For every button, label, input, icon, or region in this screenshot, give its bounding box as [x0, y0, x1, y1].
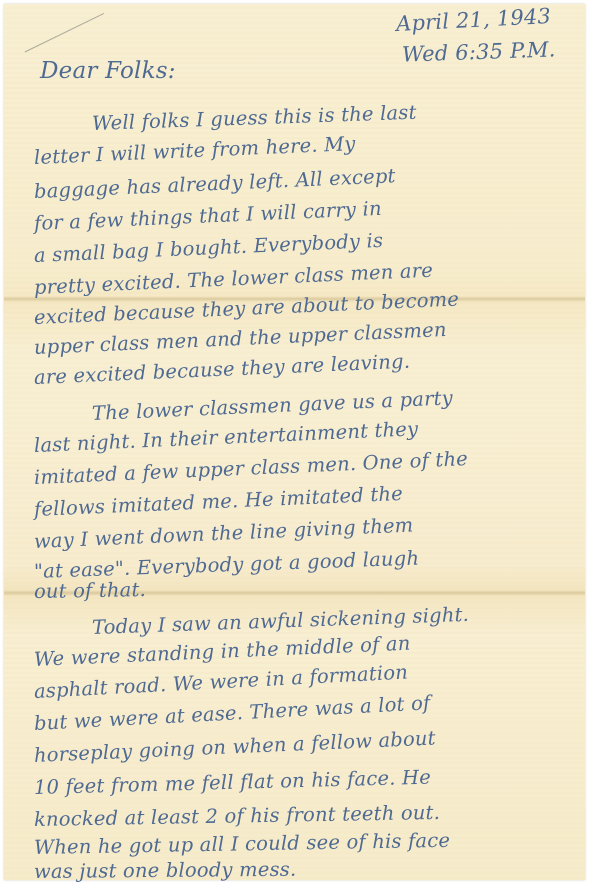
- letter-line: was just one bloody mess.: [34, 858, 297, 883]
- letter-line: out of that.: [34, 578, 146, 603]
- corner-crease: [25, 13, 105, 52]
- salutation: Dear Folks:: [40, 58, 176, 84]
